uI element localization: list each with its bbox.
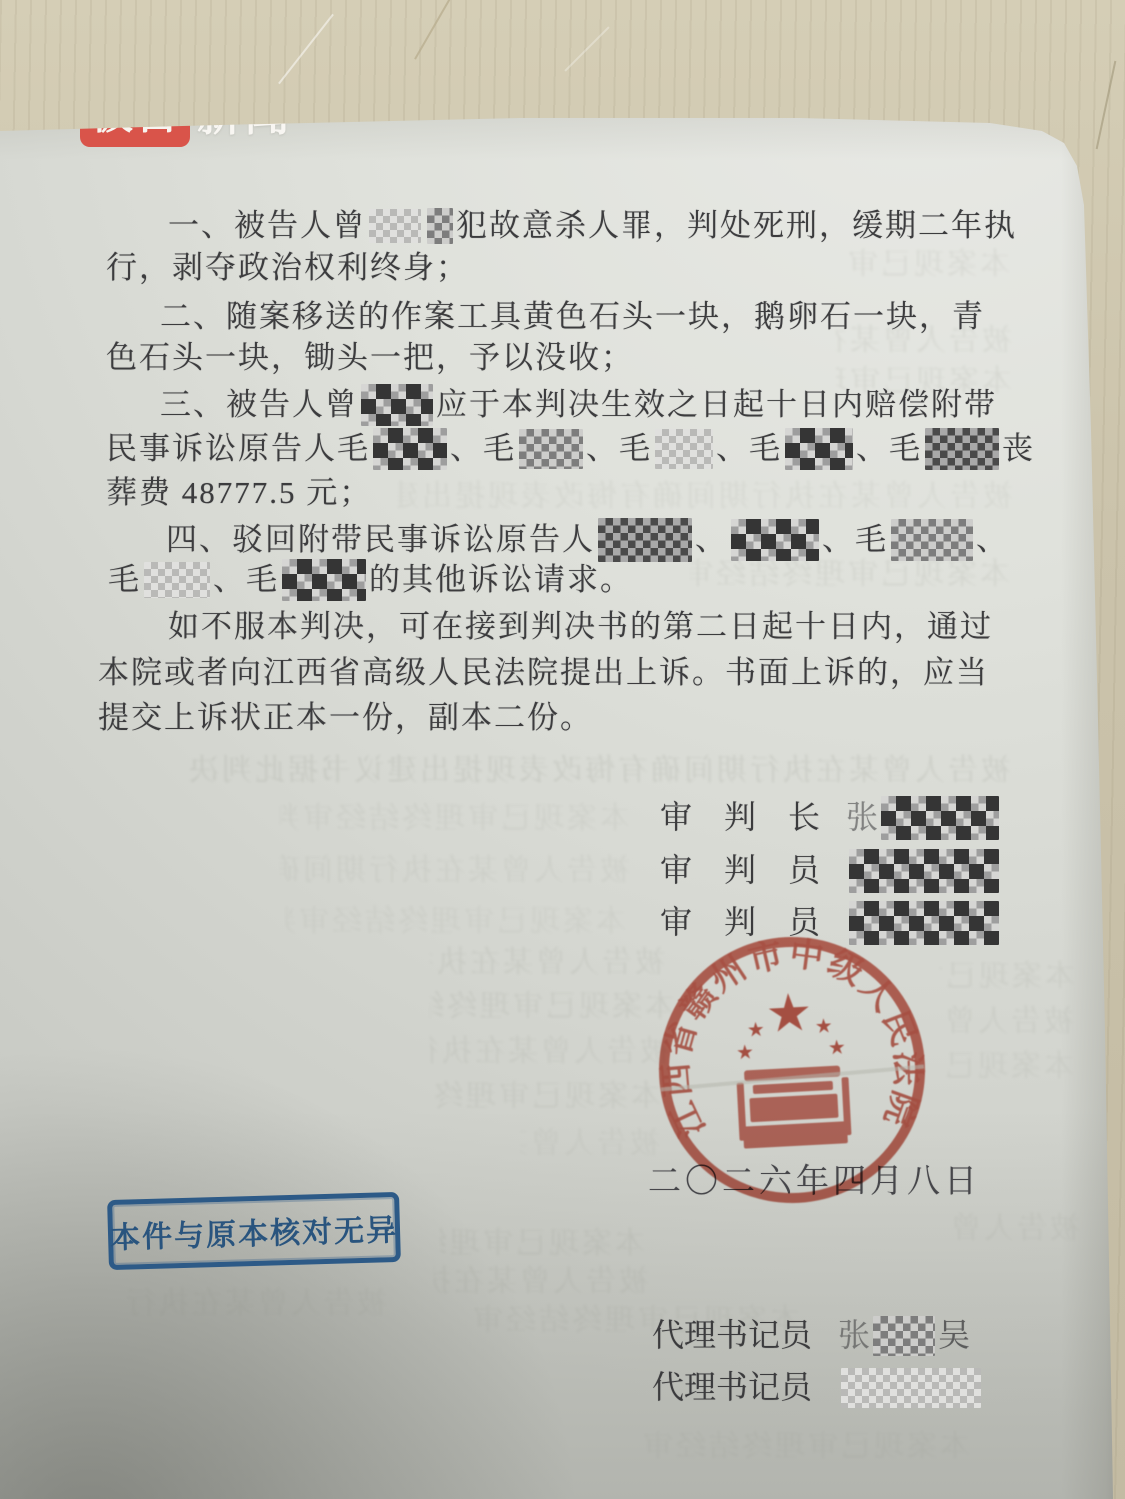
judge-row-2: 审 判 员 [660, 847, 1002, 893]
redacted-name [655, 429, 713, 469]
judge-role: 审 判 长 [660, 799, 820, 835]
judge-row-1: 审 判 长张 [660, 794, 1002, 840]
verdict-item4-line1: 四、驳回附带民事诉讼原告人、、毛、 [166, 518, 1009, 560]
document-page: 极目 新闻 本案现已审理终结经审判委员会讨论决定依照相关规定 被告人曾某在执行期… [0, 0, 1125, 1499]
bleed-through-text: 被告人曾某在执行期间确有悔改表现提出建议书据此判决 [520, 1125, 660, 1163]
scratch-mark [564, 26, 609, 71]
appeal-notice-line1: 如不服本判决，可在接到判决书的第二日起十日内，通过 [168, 606, 993, 648]
scratch-mark [1096, 61, 1117, 149]
redacted-name [731, 519, 819, 561]
bleed-through-text: 被告人曾某在执行期间确有悔改表现提出建议书据此判决 [430, 1033, 670, 1071]
bleed-through-text: 本案现已审理终结经审判委员会讨论决定依照相关规定 [286, 903, 626, 941]
redacted-name [598, 518, 692, 562]
watermark-logo: 极目 新闻 [80, 74, 293, 147]
judge-role: 审 判 员 [660, 852, 820, 888]
appeal-notice-line3: 提交上诉状正本一份，副本二份。 [98, 697, 593, 739]
verdict-item3-line1: 三、被告人曾应于本判决生效之日起十日内赔偿附带 [160, 384, 997, 426]
scratch-mark [414, 0, 452, 60]
bleed-through-text: 本案现已审理终结经审判委员会讨论决定依照相关规定 [440, 1225, 645, 1263]
logo-badge: 极目 [80, 74, 190, 147]
clerk-name-fragment: 吴 [938, 1317, 970, 1353]
judge-name-redacted [881, 796, 999, 840]
photo-background: 极目 新闻 本案现已审理终结经审判委员会讨论决定依照相关规定 被告人曾某在执行期… [0, 0, 1125, 1499]
bleed-through-text: 本案现已审理终结经审判委员会讨论决定依照相关规定 [845, 246, 1010, 284]
verification-stamp: 本件与原本核对无异 [107, 1192, 401, 1270]
clerk-role: 代理书记员 [652, 1369, 812, 1405]
clerk-name-fragment: 张 [838, 1317, 870, 1353]
redacted-name [925, 428, 999, 470]
verdict-item1-line1: 一、被告人曾犯故意杀人罪，判处死刑，缓期二年执 [168, 205, 1017, 247]
redacted-name [519, 429, 583, 469]
clerk-row-2: 代理书记员 [652, 1364, 984, 1410]
redacted-name [282, 559, 366, 601]
redacted-name [373, 428, 447, 470]
redacted-name [361, 384, 433, 426]
redacted-name [144, 562, 210, 598]
clerk-name-redacted [841, 1368, 981, 1408]
judge-name-fragment: 张 [846, 799, 878, 835]
clerk-role: 代理书记员 [652, 1317, 812, 1353]
bleed-through-text: 被告人曾某在执行期间确有悔改表现提出建议书据此判决 [280, 852, 630, 890]
bleed-through-text: 被告人曾某在执行期间确有悔改表现提出建议书据此判决 [944, 1003, 1074, 1041]
seal-emblem-stars-icon [734, 990, 844, 1059]
bleed-through-text: 本案现已审理终结经审判委员会讨论决定依照相关规定 [640, 1428, 970, 1466]
verdict-item3-line3: 葬费 48777.5 元； [106, 472, 372, 514]
verdict-item1-line2: 行，剥夺政治权利终身； [106, 247, 469, 289]
bleed-through-text: 本案现已审理终结经审判委员会讨论决定依照相关规定 [940, 958, 1075, 996]
redacted-name [891, 519, 973, 561]
bleed-through-text: 本案现已审理终结经审判委员会讨论决定依照相关规定 [430, 988, 675, 1026]
bleed-through-text: 被告人曾某在执行期间确有悔改表现提出建议书据此判决 [398, 478, 1013, 516]
verdict-item3-line2: 民事诉讼原告人毛、毛、毛、毛、毛丧 [106, 428, 1035, 470]
bleed-through-text: 被告人曾某在执行期间确有悔改表现提出建议书据此判决 [122, 1285, 387, 1323]
judge-name-redacted [849, 849, 999, 893]
bleed-through-text: 本案现已审理终结经审判委员会讨论决定依照相关规定 [280, 800, 630, 838]
bleed-through-text: 被告人曾某在执行期间确有悔改表现提出建议书据此判决 [434, 1263, 649, 1301]
bleed-through-text: 本案现已审理终结经审判委员会讨论决定依照相关规定 [436, 1078, 661, 1116]
bleed-through-text: 被告人曾某在执行期间确有悔改表现提出建议书据此判决 [96, 752, 1011, 790]
bleed-through-text: 本案现已审理终结经审判委员会讨论决定依照相关规定 [944, 1048, 1074, 1086]
clerk-name-redacted [873, 1316, 935, 1356]
verdict-item2-line2: 色石头一块，锄头一把，予以没收； [106, 337, 634, 379]
redacted-name [785, 428, 853, 470]
bleed-through-text: 被告人曾某在执行期间确有悔改表现提出建议书据此判决 [430, 944, 665, 982]
verification-stamp-text: 本件与原本核对无异 [109, 1205, 398, 1257]
court-seal: 江西省赣州市中级人民法院 [645, 923, 939, 1217]
scratch-mark [278, 14, 334, 85]
verdict-item4-line2: 毛、毛的其他诉讼请求。 [108, 559, 633, 601]
verdict-item2-line1: 二、随案移送的作案工具黄色石头一块，鹅卵石一块，青 [160, 296, 985, 338]
redacted-name [427, 208, 453, 244]
bleed-through-text: 被告人曾某在执行期间确有悔改表现提出建议书据此判决 [950, 1210, 1080, 1248]
appeal-notice-line2: 本院或者向江西省高级人民法院提出上诉。书面上诉的，应当 [98, 652, 989, 694]
bleed-through-text: 本案现已审理终结经审判委员会讨论决定依照相关规定 [690, 556, 1010, 594]
logo-suffix: 新闻 [197, 79, 293, 143]
clerk-row-1: 代理书记员张吴 [652, 1312, 970, 1358]
redacted-name [369, 209, 421, 243]
